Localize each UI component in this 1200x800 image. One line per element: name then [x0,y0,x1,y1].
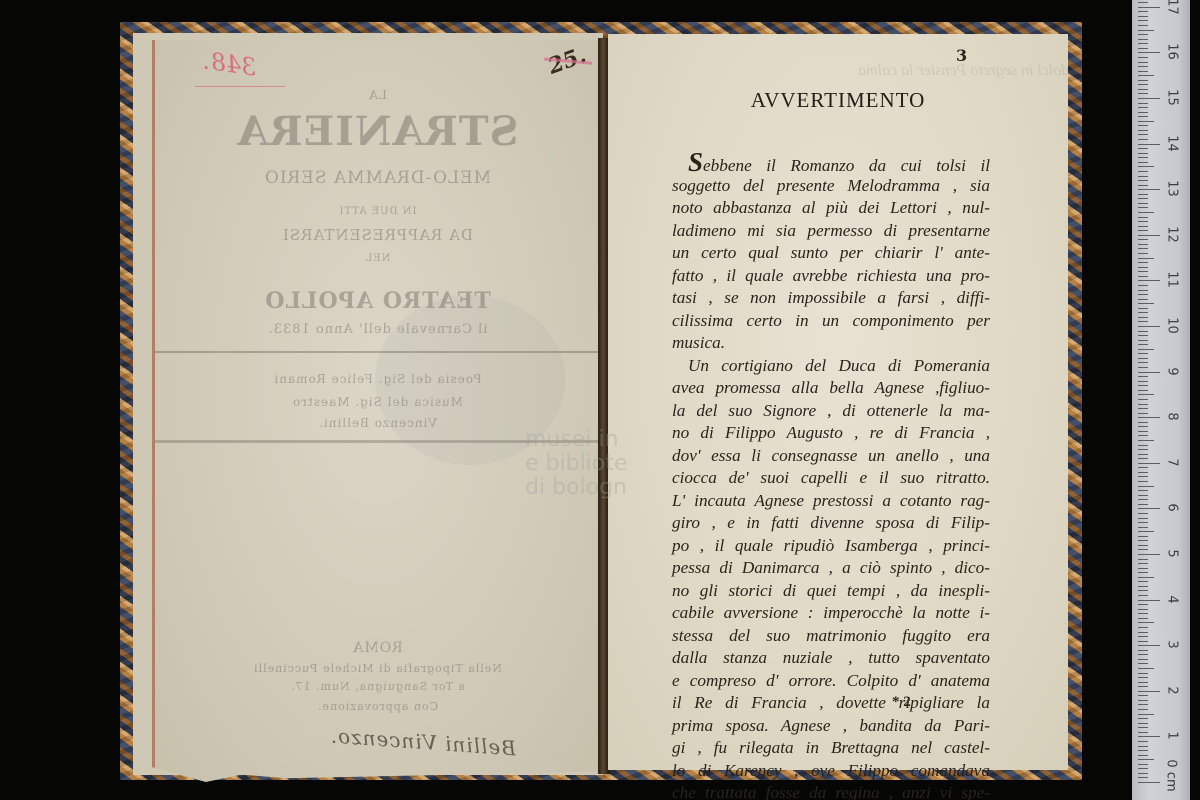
ruler-tick [1138,413,1148,414]
ruler-tick [1138,271,1148,272]
ruler-tick [1138,686,1148,687]
text-line: cabile avversione : imperocchè la notte … [672,602,990,625]
ruler-tick [1138,463,1160,464]
ruler-tick [1138,66,1148,67]
ruler-unit-label: 0 cm [1164,759,1179,793]
ruler-tick [1138,777,1148,778]
ruler-tick [1138,280,1160,281]
ruler-tick [1138,622,1154,623]
ruler-tick [1138,472,1148,473]
text-line: gi , fu rilegata in Brettagna nel castel… [672,737,990,760]
ruler-tick [1138,20,1148,21]
ruler-tick [1138,176,1148,177]
text-line: noto abbastanza al più dei Lettori , nul… [672,197,990,220]
ruler-tick [1138,691,1160,692]
ruler-tick [1138,540,1148,541]
ruler-tick [1138,340,1148,341]
ruler-tick [1138,650,1148,651]
ruler-tick [1138,134,1148,135]
ruler-tick [1138,52,1160,53]
ruler-tick [1138,659,1148,660]
text-line: cilissima certo in un componimento per [672,310,990,333]
text-line: soggetto del presente Melodramma , sia [672,175,990,198]
ruler-tick [1138,627,1148,628]
ruler-tick [1138,700,1148,701]
bleed-city: ROMA [155,640,600,656]
ruler-tick [1138,349,1154,350]
text-line: Un cortigiano del Duca di Pomerania [672,355,990,378]
ruler-tick [1138,613,1148,614]
ruler-tick [1138,568,1148,569]
ruler-tick [1138,476,1148,477]
text-line: prima sposa. Agnese , bandita da Pari- [672,715,990,738]
ruler-number: 6 [1165,498,1180,518]
ruler-tick [1138,262,1148,263]
text-line: la del suo Signore , di ottenerle la ma- [672,400,990,423]
ruler-tick [1138,212,1154,213]
ruler-tick [1138,189,1160,190]
ruler-tick [1138,130,1148,131]
text-line: ciocca de' suoi capelli e il suo ritratt… [672,467,990,490]
ruler-tick [1138,577,1154,578]
ruler-tick [1138,440,1154,441]
ruler-number: 1 [1165,726,1180,746]
ruler-tick [1138,586,1148,587]
ruler-tick [1138,618,1148,619]
text-line: un certo qual sunto per chiarir l' ante- [672,242,990,265]
ruler-tick [1138,203,1148,204]
ruler-tick [1138,326,1160,327]
ruler-tick [1138,782,1160,783]
ruler-tick [1138,367,1148,368]
ruler-tick [1138,308,1148,309]
ruler-tick [1138,294,1148,295]
ruler-tick [1138,253,1148,254]
page-number: 3 [956,46,967,65]
ruler-number: 7 [1165,452,1180,472]
ruler-tick [1138,171,1148,172]
ruler-tick [1138,299,1148,300]
bleed-line-la: LA [155,88,600,102]
ruler-tick [1138,103,1148,104]
red-shelf-mark: 348. [201,46,258,81]
ruler-tick [1138,458,1148,459]
ruler-number: 14 [1165,133,1180,153]
ruler-tick [1138,385,1148,386]
ruler-tick [1138,545,1148,546]
text-line: pessa di Danimarca , a ciò spinto , dico… [672,557,990,580]
text-line: che trattata fosse da regina , anzi vi s… [672,782,990,800]
ruler-number: 2 [1165,680,1180,700]
ruler-tick [1138,518,1148,519]
ruler-tick [1138,107,1148,108]
ruler-tick [1138,467,1148,468]
ruler-tick [1138,372,1160,373]
ruler-tick [1138,303,1154,304]
ruler-tick [1138,663,1148,664]
ruler-number: 3 [1165,635,1180,655]
ruler-tick [1138,321,1148,322]
signature-mark: * 2 [892,694,911,711]
ruler-tick [1138,2,1148,3]
text-line: dov' essa li consegnasse un anello , una [672,445,990,468]
ruler-tick [1138,57,1148,58]
ruler-tick [1138,71,1148,72]
bleed-title: STRANIERA [155,108,600,155]
right-page: dolci in segreto Pensier la calma 3 AVVE… [608,34,1068,770]
ruler-tick [1138,353,1148,354]
ruler-tick [1138,704,1148,705]
ruler-tick [1138,116,1148,117]
ruler-tick [1138,536,1148,537]
ruler-tick [1138,572,1148,573]
ruler-number: 16 [1165,42,1180,62]
bleed-printer-2: a Tor Sanguigna, Num. 17. [155,680,600,693]
ruler-tick [1138,559,1148,560]
text-line: avea promessa alla bella Agnese ,figliuo… [672,377,990,400]
ruler-tick [1138,148,1148,149]
ruler-number: 5 [1165,544,1180,564]
text-line: stessa del suo matrimonio fuggito era [672,625,990,648]
ruler-tick [1138,495,1148,496]
ruler-tick [1138,522,1148,523]
bleed-printer-3: Con approvazione. [155,700,600,713]
bleed-small-2: NEL [155,253,600,264]
text-line: il Re di Francia , dovette ripigliare la [672,692,990,715]
ruler-tick [1138,125,1148,126]
ruler-number: 9 [1165,361,1180,381]
ruler-tick [1138,258,1154,259]
ruler-tick [1138,244,1148,245]
ruler-tick [1138,454,1148,455]
ruler-tick [1138,344,1148,345]
ruler-tick [1138,768,1148,769]
text-line: dalla stanza nuziale , tutto spaventato [672,647,990,670]
text-line: Sebbene il Romanzo da cui tolsi il [672,152,990,175]
ruler-tick [1138,285,1148,286]
ruler-tick [1138,239,1148,240]
ruler-tick [1138,563,1148,564]
ruler-tick [1138,207,1148,208]
ruler-tick [1138,390,1148,391]
ruler-tick [1138,112,1148,113]
ruler-number: 15 [1165,88,1180,108]
ruler-number: 8 [1165,407,1180,427]
ruler-tick [1138,668,1154,669]
ruler-tick [1138,62,1148,63]
ruler-tick [1138,549,1148,550]
ruler-tick [1138,755,1148,756]
ink-shelf-mark: 25. [544,42,589,80]
ruler-tick [1138,43,1148,44]
ruler-tick [1138,226,1148,227]
ruler-tick [1138,221,1148,222]
ruler-tick [1138,609,1148,610]
text-line: musica. [672,332,990,355]
text-line: po , il quale ripudiò Isamberga , princi… [672,535,990,558]
ruler-number: 12 [1165,224,1180,244]
ruler-tick [1138,89,1148,90]
ruler-tick [1138,48,1148,49]
bleed-author-line: DA RAPPRESENTARSI [155,226,600,244]
text-line: lo di Karency , ove Filippo comandava [672,760,990,783]
bleed-printer-1: Nella Tipografia di Michele Puccinelli [155,662,600,675]
ruler-tick [1138,654,1148,655]
ruler-tick [1138,590,1148,591]
ruler-tick [1138,417,1160,418]
ruler-tick [1138,531,1154,532]
ruler-tick [1138,732,1148,733]
ruler-tick [1138,144,1160,145]
ruler-tick [1138,185,1148,186]
ruler-tick [1138,750,1148,751]
ruler-tick [1138,39,1148,40]
ruler-tick [1138,394,1154,395]
body-text: Sebbene il Romanzo da cui tolsi il sogge… [672,152,990,800]
ruler-tick [1138,490,1148,491]
ruler-tick [1138,7,1160,8]
ruler-tick [1138,98,1160,99]
handwritten-signature: Bellini Vincenzo. [329,724,516,761]
text-line: tasi , se non impossibile a farsi , diff… [672,287,990,310]
ruler-tick [1138,16,1148,17]
ruler-tick [1138,632,1148,633]
ruler-tick [1138,636,1148,637]
ruler-tick [1138,75,1154,76]
ruler-tick [1138,727,1148,728]
ruler-tick [1138,600,1160,601]
ruler-tick [1138,486,1154,487]
ruler-tick [1138,80,1148,81]
ruler-tick [1138,773,1148,774]
ruler-tick [1138,381,1148,382]
ruler-tick [1138,30,1154,31]
ruler-tick [1138,435,1148,436]
ruler-tick [1138,741,1148,742]
bleed-theatre: TEATRO APOLLO [155,288,600,314]
ruler-tick [1138,404,1148,405]
ruler-tick [1138,362,1148,363]
ruler-tick [1138,677,1148,678]
text-line: L' incauta Agnese prestossi a cotanto ra… [672,490,990,513]
ruler-tick [1138,84,1148,85]
text-line: giro , e in fatti divenne sposa di Filip… [672,512,990,535]
ruler-tick [1138,93,1148,94]
ruler-tick [1138,723,1148,724]
bleed-subtitle: MELO-DRAMMA SERIO [155,168,600,188]
text-line: e compreso d' orrore. Colpito d' anatema [672,670,990,693]
ruler-tick [1138,25,1148,26]
ruler-tick [1138,581,1148,582]
ruler-tick [1138,426,1148,427]
ruler-tick [1138,481,1148,482]
ruler-tick [1138,290,1148,291]
ruler-tick [1138,276,1148,277]
page-heading: AVVERTIMENTO [608,88,1068,113]
ruler-tick [1138,248,1148,249]
ruler-tick [1138,746,1148,747]
ruler-tick [1138,431,1148,432]
ruler-tick [1138,513,1148,514]
ruler-number: 10 [1165,316,1180,336]
ruler-tick [1138,34,1148,35]
red-underline [195,86,285,87]
text-line: fatto , il quale avrebbe richiesta una p… [672,265,990,288]
ruler-tick [1138,764,1148,765]
ruler-tick [1138,317,1148,318]
ruler-tick [1138,554,1160,555]
ruler-tick [1138,157,1148,158]
bleed-small-1: IN DUE ATTI [155,206,600,217]
ruler-tick [1138,331,1148,332]
ruler-tick [1138,121,1154,122]
measuring-ruler: 0 cm1234567891011121314151617 [1132,0,1190,800]
ruler-tick [1138,499,1148,500]
ruler-tick [1138,695,1148,696]
ruler-number: 13 [1165,179,1180,199]
ruler-tick [1138,714,1154,715]
ruler-tick [1138,139,1148,140]
ruler-tick [1138,358,1148,359]
text-line: no gli storici di quei tempi , da inespl… [672,580,990,603]
ruler-tick [1138,162,1148,163]
ruler-tick [1138,235,1160,236]
ruler-tick [1138,709,1148,710]
ruler-tick [1138,673,1148,674]
ruler-tick [1138,645,1160,646]
ruler-tick [1138,408,1148,409]
ruler-tick [1138,449,1148,450]
ruler-tick [1138,399,1148,400]
ruler-tick [1138,445,1148,446]
ruler-tick [1138,682,1148,683]
ruler-tick [1138,267,1148,268]
ruler-tick [1138,180,1148,181]
ruler-number: 4 [1165,589,1180,609]
text-line: ladimeno mi sia permesso di presentarne [672,220,990,243]
drop-cap: S [688,147,703,177]
ruler-number: 17 [1165,0,1180,16]
ruler-number: 11 [1165,270,1180,290]
ruler-tick [1138,595,1148,596]
ruler-tick [1138,641,1148,642]
ruler-tick [1138,153,1148,154]
ruler-tick [1138,504,1148,505]
ruler-tick [1138,527,1148,528]
ruler-tick [1138,422,1148,423]
ruler-tick [1138,230,1148,231]
ruler-tick [1138,759,1154,760]
ruler-tick [1138,508,1160,509]
ruler-tick [1138,166,1154,167]
text-line: no di Filippo Augusto , re di Francia , [672,422,990,445]
ruler-tick [1138,718,1148,719]
ruler-tick [1138,11,1148,12]
ruler-tick [1138,217,1148,218]
ruler-tick [1138,604,1148,605]
ruler-tick [1138,335,1148,336]
ruler-tick [1138,376,1148,377]
ruler-tick [1138,198,1148,199]
ruler-tick [1138,736,1160,737]
watermark-text: musei in e bibliote di bologn [525,428,627,500]
ruler-tick [1138,312,1148,313]
ruler-tick [1138,194,1148,195]
